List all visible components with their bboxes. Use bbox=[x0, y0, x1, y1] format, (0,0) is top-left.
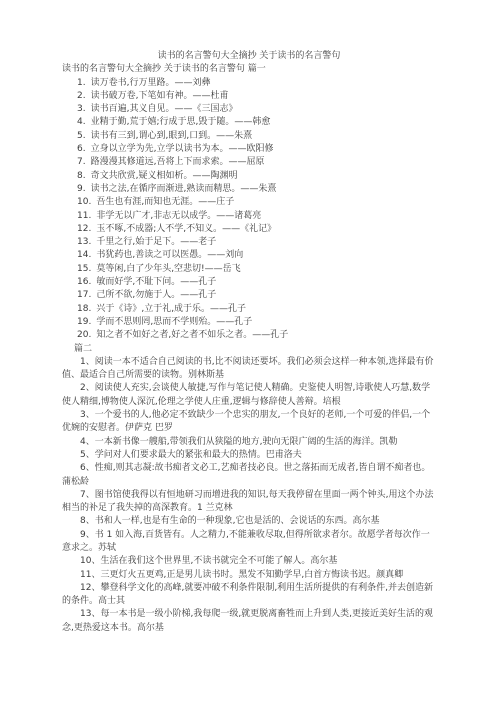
paragraph: 6、性痴,则其志凝:故书痴者文必工,艺痴者技必良。世之落拓而无成者,皆自谓不痴者… bbox=[62, 462, 436, 489]
quote-text: 非学无以广才,非志无以成学。——诸葛亮 bbox=[96, 211, 261, 221]
quote-item: 15.莫等闲,白了少年头,空悲切!——岳飞 bbox=[62, 263, 436, 276]
quote-text: 读书破万卷,下笔如有神。——杜甫 bbox=[91, 91, 229, 101]
paragraph: 12、攀登科学文化的高峰,就要冲破不利条件限制,利用生活所提供的有利条件,并去创… bbox=[62, 582, 436, 609]
quote-item: 4.业精于勤,荒于嬉;行成于思,毁于随。——韩愈 bbox=[62, 116, 436, 129]
paragraph: 4、一本新书像一艘船,带领我们从狭隘的地方,驶向无限广阔的生活的海洋。凯勒 bbox=[62, 436, 436, 449]
paragraph: 13、每一本书是一级小阶梯,我每爬一级,就更脱离畜牲而上升到人类,更接近美好生活… bbox=[62, 608, 436, 635]
quote-text: 莫等闲,白了少年头,空悲切!——岳飞 bbox=[96, 264, 240, 274]
quote-text: 读书有三到,谓心到,眼到,口到。——朱熹 bbox=[91, 131, 253, 141]
quote-text: 读书之法,在循序而渐进,熟读而精思。——朱熹 bbox=[91, 184, 277, 194]
quote-item: 1.读万卷书,行万里路。——刘彝 bbox=[62, 77, 436, 90]
quote-text: 敏而好学,不耻下问。——孔子 bbox=[96, 277, 216, 287]
quote-item: 20.知之者不如好之者,好之者不如乐之者。——孔子 bbox=[62, 329, 436, 342]
quote-number: 8. bbox=[77, 171, 86, 181]
quote-item: 2.读书破万卷,下笔如有神。——杜甫 bbox=[62, 90, 436, 103]
quote-item: 7.路漫漫其修道远,吾将上下而求索。——屈原 bbox=[62, 156, 436, 169]
quote-item: 8.奇文共欣赏,疑义相如析。——陶渊明 bbox=[62, 170, 436, 183]
quote-number: 18. bbox=[77, 304, 91, 314]
quote-number: 17. bbox=[77, 290, 91, 300]
quote-number: 13. bbox=[77, 237, 91, 247]
quote-item: 3.读书百遍,其义自见。——《三国志》 bbox=[62, 103, 436, 116]
quote-text: 业精于勤,荒于嬉;行成于思,毁于随。——韩愈 bbox=[91, 117, 271, 127]
quote-text: 立身以立学为先,立学以读书为本。——欧阳修 bbox=[91, 144, 274, 154]
quote-text: 吾生也有涯,而知也无涯。——庄子 bbox=[96, 197, 234, 207]
paragraph: 10、生活在我们这个世界里,不读书就完全不可能了解人。高尔基 bbox=[62, 555, 436, 568]
quote-number: 9. bbox=[77, 184, 86, 194]
quote-item: 17.己所不欲,勿施于人。——孔子 bbox=[62, 289, 436, 302]
quote-item: 11.非学无以广才,非志无以成学。——诸葛亮 bbox=[62, 210, 436, 223]
paragraph: 1、阅读一本不适合自己阅读的书,比不阅读还要坏。我们必须会这样一种本领,选择最有… bbox=[62, 356, 436, 383]
quote-number: 4. bbox=[77, 117, 86, 127]
quote-text: 路漫漫其修道远,吾将上下而求索。——屈原 bbox=[91, 157, 265, 167]
quote-number: 5. bbox=[77, 131, 86, 141]
quote-text: 玉不啄,不成器;人不学,不知义。——《礼记》 bbox=[96, 224, 276, 234]
quote-item: 9.读书之法,在循序而渐进,熟读而精思。——朱熹 bbox=[62, 183, 436, 196]
quote-text: 学而不思则罔,思而不学则殆。——孔子 bbox=[96, 317, 252, 327]
quote-number: 15. bbox=[77, 264, 91, 274]
paragraph: 5、学问对人们要求最大的紧张和最大的热情。巴甫洛夫 bbox=[62, 449, 436, 462]
quote-number: 11. bbox=[77, 211, 91, 221]
quote-text: 奇文共欣赏,疑义相如析。——陶渊明 bbox=[91, 171, 238, 181]
quote-text: 知之者不如好之者,好之者不如乐之者。——孔子 bbox=[96, 330, 288, 340]
quote-number: 7. bbox=[77, 157, 86, 167]
paragraph: 2、阅读使人充实,会谈使人敏捷,写作与笔记使人精确。史鉴使人明智,诗歌使人巧慧,… bbox=[62, 382, 436, 409]
quote-list: 1.读万卷书,行万里路。——刘彝 2.读书破万卷,下笔如有神。——杜甫 3.读书… bbox=[62, 77, 436, 343]
paragraph: 3、一个爱书的人,他必定不致缺少一个忠实的朋友,一个良好的老师,一个可爱的伴侣,… bbox=[62, 409, 436, 436]
quote-number: 12. bbox=[77, 224, 91, 234]
quote-number: 6. bbox=[77, 144, 86, 154]
quote-text: 书犹药也,善读之可以医愚。——刘向 bbox=[96, 250, 243, 260]
quote-number: 2. bbox=[77, 91, 86, 101]
quote-item: 18.兴于《诗》,立于礼,成于乐。——孔子 bbox=[62, 303, 436, 316]
quote-number: 16. bbox=[77, 277, 91, 287]
quote-item: 10.吾生也有涯,而知也无涯。——庄子 bbox=[62, 196, 436, 209]
quote-text: 千里之行,始于足下。——老子 bbox=[96, 237, 216, 247]
paragraph: 9、书 1 如入海,百货皆有。人之精力,不能兼收尽取,但得所欲求者尔。故愿学者每… bbox=[62, 529, 436, 556]
quote-number: 20. bbox=[77, 330, 91, 340]
quote-number: 19. bbox=[77, 317, 91, 327]
quote-item: 14.书犹药也,善读之可以医愚。——刘向 bbox=[62, 249, 436, 262]
quote-number: 14. bbox=[77, 250, 91, 260]
quote-item: 16.敏而好学,不耻下问。——孔子 bbox=[62, 276, 436, 289]
quote-text: 读万卷书,行万里路。——刘彝 bbox=[91, 78, 211, 88]
quote-item: 13.千里之行,始于足下。——老子 bbox=[62, 236, 436, 249]
paragraph: 7、图书馆使我得以有恒地研习而增进我的知识,每天我停留在里面一两个钟头,用这个办… bbox=[62, 489, 436, 516]
quote-number: 3. bbox=[77, 104, 86, 114]
quote-text: 兴于《诗》,立于礼,成于乐。——孔子 bbox=[96, 304, 246, 314]
paragraph: 11、三更灯火五更鸡,正是男儿读书时。黑发不知勤学早,白首方悔读书迟。颜真卿 bbox=[62, 569, 436, 582]
quote-text: 读书百遍,其义自见。——《三国志》 bbox=[91, 104, 238, 114]
quote-item: 12.玉不啄,不成器;人不学,不知义。——《礼记》 bbox=[62, 223, 436, 236]
quote-item: 19.学而不思则罔,思而不学则殆。——孔子 bbox=[62, 316, 436, 329]
paragraph: 8、书和人一样,也是有生命的一种现象,它也是活的、会说话的东西。高尔基 bbox=[62, 515, 436, 528]
quote-item: 6.立身以立学为先,立学以读书为本。——欧阳修 bbox=[62, 143, 436, 156]
section2-heading: 篇二 bbox=[62, 343, 436, 356]
quote-item: 5.读书有三到,谓心到,眼到,口到。——朱熹 bbox=[62, 130, 436, 143]
document-page: 读书的名言警句大全摘抄 关于读书的名言警句 读书的名言警句大全摘抄 关于读书的名… bbox=[0, 0, 496, 702]
quote-number: 1. bbox=[77, 78, 86, 88]
document-title: 读书的名言警句大全摘抄 关于读书的名言警句 bbox=[62, 50, 436, 63]
quote-number: 10. bbox=[77, 197, 91, 207]
quote-text: 己所不欲,勿施于人。——孔子 bbox=[96, 290, 216, 300]
section1-heading: 读书的名言警句大全摘抄 关于读书的名言警句 篇一 bbox=[62, 63, 436, 76]
